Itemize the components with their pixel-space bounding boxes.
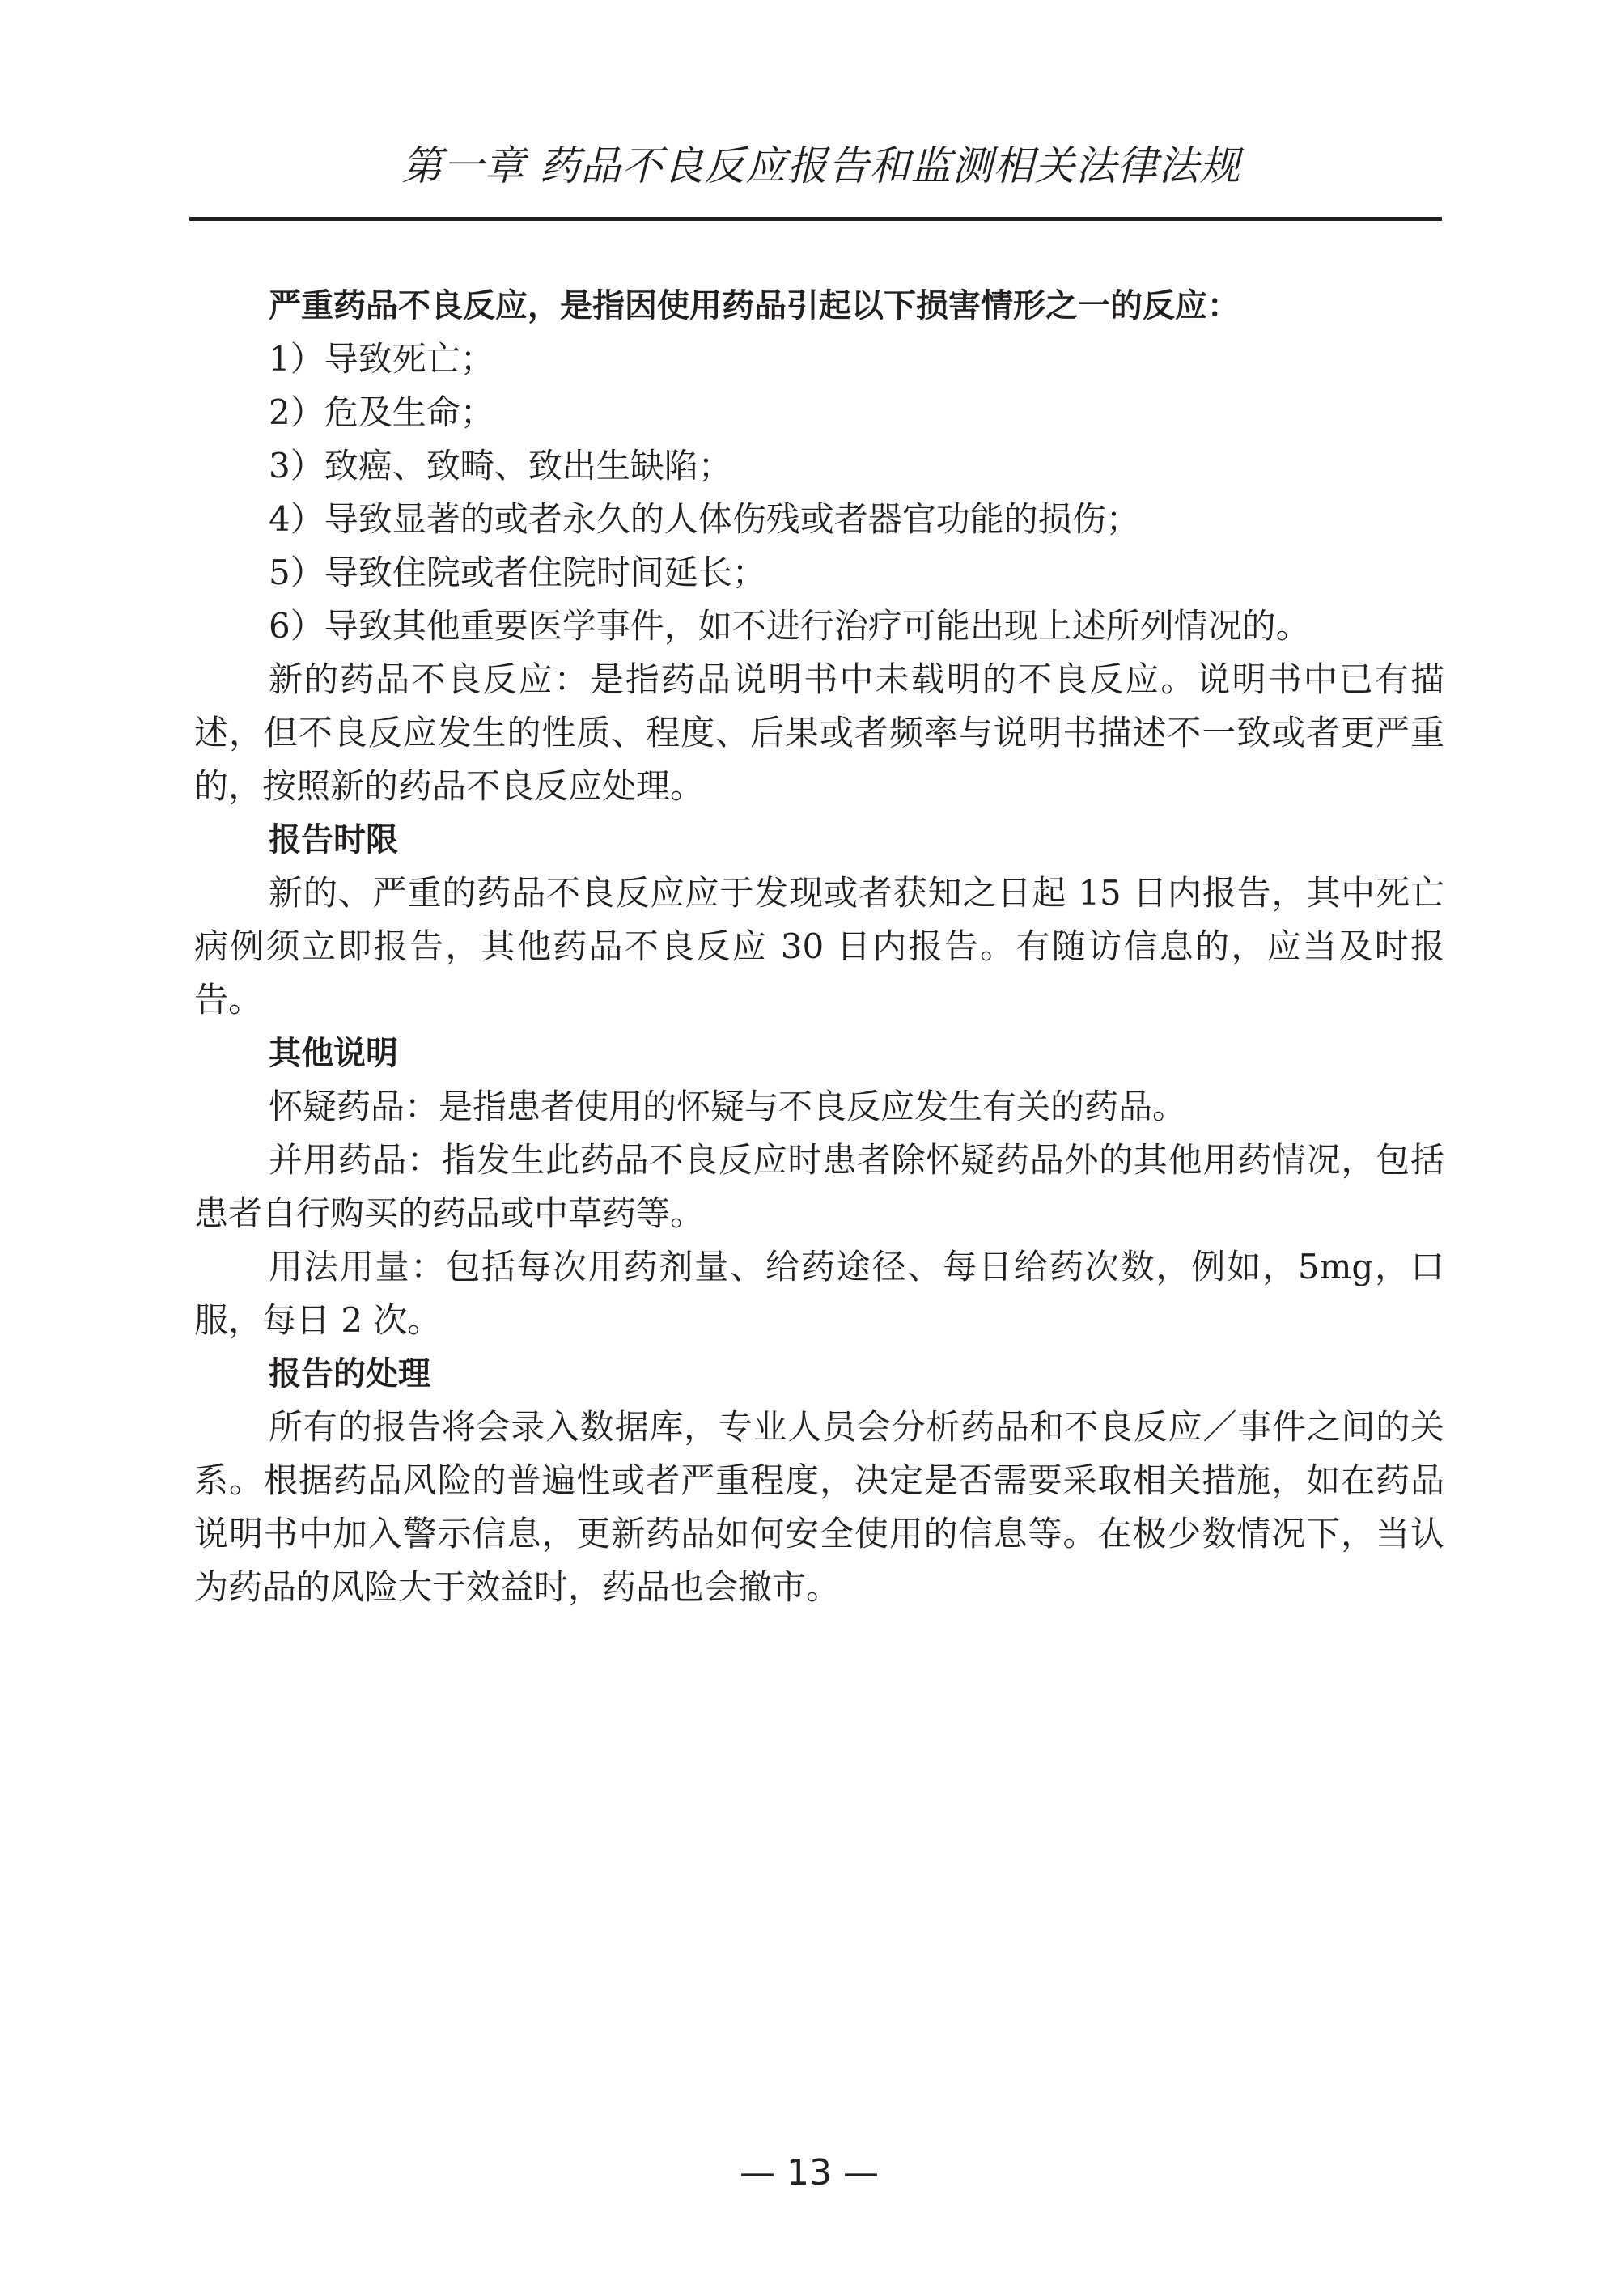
new-adr-paragraph: 新的药品不良反应：是指药品说明书中未载明的不良反应。说明书中已有描述，但不良反应… [194,653,1444,813]
report-deadline-heading: 报告时限 [194,813,1444,867]
serious-list-item-5: 5）导致住院或者住院时间延长； [194,546,1444,600]
page-number: — 13 — [647,2152,971,2193]
serious-list-item-6: 6）导致其他重要医学事件，如不进行治疗可能出现上述所列情况的。 [194,600,1444,653]
serious-list-item-1: 1）导致死亡； [194,333,1444,386]
document-page: 第一章 药品不良反应报告和监测相关法律法规 严重药品不良反应，是指因使用药品引起… [0,0,1624,2293]
dosage-paragraph: 用法用量：包括每次用药剂量、给药途径、每日给药次数，例如，5mg，口服，每日 2… [194,1240,1444,1347]
report-handling-heading: 报告的处理 [194,1347,1444,1401]
serious-adr-definition: 严重药品不良反应，是指因使用药品引起以下损害情形之一的反应： [194,279,1444,333]
concomitant-drug-paragraph: 并用药品：指发生此药品不良反应时患者除怀疑药品外的其他用药情况，包括患者自行购买… [194,1134,1444,1240]
serious-list-item-3: 3）致癌、致畸、致出生缺陷； [194,439,1444,493]
serious-list-item-2: 2）危及生命； [194,386,1444,439]
suspected-drug-paragraph: 怀疑药品：是指患者使用的怀疑与不良反应发生有关的药品。 [194,1080,1444,1134]
header-divider [189,217,1442,221]
serious-list-item-4: 4）导致显著的或者永久的人体伤残或者器官功能的损伤； [194,493,1444,546]
page-body: 严重药品不良反应，是指因使用药品引起以下损害情形之一的反应： 1）导致死亡； 2… [194,279,1444,1614]
report-handling-paragraph: 所有的报告将会录入数据库，专业人员会分析药品和不良反应／事件之间的关系。根据药品… [194,1401,1444,1614]
chapter-running-title: 第一章 药品不良反应报告和监测相关法律法规 [194,134,1448,192]
report-deadline-paragraph: 新的、严重的药品不良反应应于发现或者获知之日起 15 日内报告，其中死亡病例须立… [194,867,1444,1027]
other-notes-heading: 其他说明 [194,1027,1444,1080]
